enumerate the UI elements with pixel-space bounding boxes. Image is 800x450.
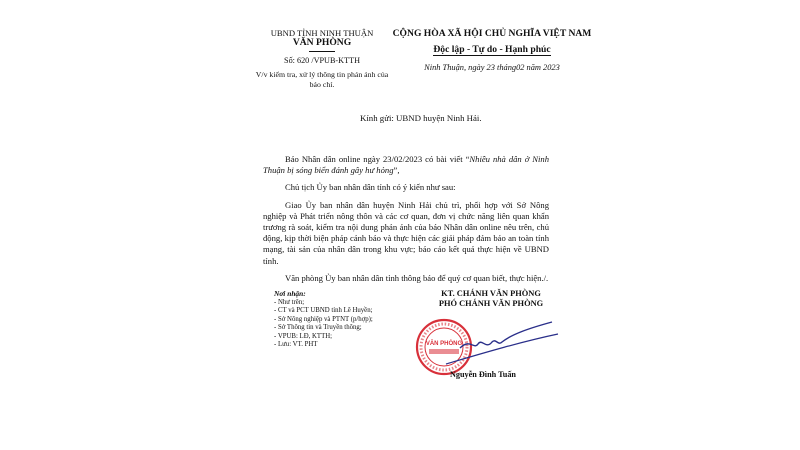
divider [309, 51, 335, 52]
recipient-item: - CT và PCT UBND tỉnh Lê Huyền; [274, 307, 373, 316]
national-header: CỘNG HÒA XÃ HỘI CHỦ NGHĨA VIỆT NAM Độc l… [392, 28, 592, 72]
addressee: Kính gửi: UBND huyện Ninh Hải. [360, 113, 482, 123]
recipient-item: - Như trên; [274, 299, 373, 308]
paragraph-3: Giao Ủy ban nhân dân huyện Ninh Hải chủ … [263, 200, 549, 267]
handwritten-signature-icon [440, 320, 560, 370]
place-date: Ninh Thuận, ngày 23 tháng02 năm 2023 [392, 63, 592, 72]
recipients-title: Nơi nhận: [274, 290, 373, 299]
recipient-item: - Sở Nông nghiệp và PTNT (p/hợp); [274, 316, 373, 325]
issuer-office: VĂN PHÒNG [252, 37, 392, 48]
document-subject: V/v kiểm tra, xử lý thông tin phản ánh c… [252, 70, 392, 90]
signature-line-1: KT. CHÁNH VĂN PHÒNG [420, 289, 562, 299]
paragraph-4: Văn phòng Ủy ban nhân dân tỉnh thông báo… [263, 273, 549, 284]
recipient-item: - Lưu: VT. PHT [274, 341, 373, 350]
recipients-block: Nơi nhận: - Như trên; - CT và PCT UBND t… [274, 290, 373, 350]
paragraph-2: Chủ tịch Ủy ban nhân dân tỉnh có ý kiến … [263, 182, 549, 193]
p1-suffix: ”, [394, 165, 400, 175]
signature-title-block: KT. CHÁNH VĂN PHÒNG PHÓ CHÁNH VĂN PHÒNG [420, 289, 562, 309]
recipient-item: - VPUB: LĐ, KTTH; [274, 333, 373, 342]
nation-title: CỘNG HÒA XÃ HỘI CHỦ NGHĨA VIỆT NAM [392, 28, 592, 39]
document-body: Báo Nhân dân online ngày 23/02/2023 có b… [263, 154, 549, 290]
document-number: Số: 620 /VPUB-KTTH [252, 56, 392, 65]
recipient-item: - Sở Thông tin và Truyền thông; [274, 324, 373, 333]
p1-prefix: Báo Nhân dân online ngày 23/02/2023 có b… [285, 154, 469, 164]
nation-motto: Độc lập - Tự do - Hạnh phúc [433, 44, 550, 56]
signature-line-2: PHÓ CHÁNH VĂN PHÒNG [420, 299, 562, 309]
paragraph-1: Báo Nhân dân online ngày 23/02/2023 có b… [263, 154, 549, 176]
signer-name: Nguyễn Đình Tuấn [450, 370, 516, 379]
document-page: UBND TỈNH NINH THUẬN VĂN PHÒNG Số: 620 /… [0, 0, 800, 450]
issuer-block: UBND TỈNH NINH THUẬN VĂN PHÒNG Số: 620 /… [252, 28, 392, 90]
